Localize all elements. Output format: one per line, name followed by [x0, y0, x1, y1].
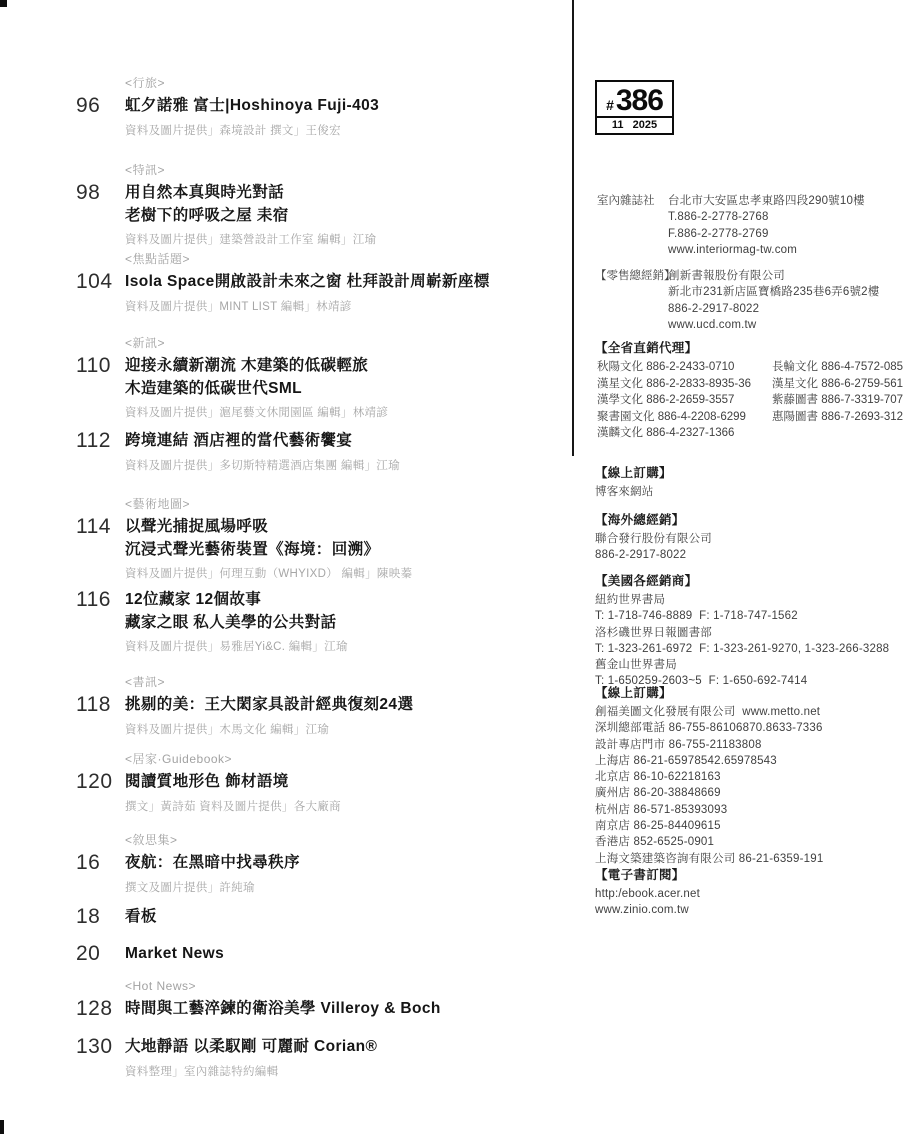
scan-artifact-top-left: [0, 0, 7, 7]
section-lines: 博客來網站: [595, 484, 672, 500]
text-line: T: 1-718-746-8889 F: 1-718-747-1562: [595, 608, 889, 624]
toc-entry-130: 130 大地靜語 以柔馭剛 可麗耐 Corian® 資料整理」室內雜誌特約編輯: [76, 1036, 571, 1079]
toc-entry-104: <焦點話題> 104 Isola Space開啟設計未來之窗 杜拜設計周嶄新座標…: [76, 252, 571, 314]
article-credit: 撰文及圖片提供」許純瑜: [125, 881, 571, 895]
publisher-label: 室內雜誌社: [597, 193, 655, 209]
article-credit: 資料及圖片提供」建築營設計工作室 編輯」江瑜: [125, 233, 571, 247]
category-tag: <Hot News>: [125, 979, 571, 993]
page-number: 120: [76, 771, 125, 814]
text-line: 紐約世界書局: [595, 592, 889, 608]
article-title: 看板: [125, 906, 571, 929]
text-line: F.886-2-2778-2769: [668, 226, 865, 242]
page-number: 98: [76, 182, 125, 247]
toc-entry-128: <Hot News> 128 時間與工藝淬鍊的衛浴美學 Villeroy & B…: [76, 979, 571, 1021]
category-tag: <藝術地圖>: [125, 497, 571, 511]
text-line: T.886-2-2778-2768: [668, 209, 865, 225]
text-line: 上海文築建築咨詢有限公司 86-21-6359-191: [595, 851, 823, 867]
text-line: 老樹下的呼吸之屋 耒宿: [125, 205, 571, 228]
text-line: 杭州店 86-571-85393093: [595, 802, 823, 818]
section-heading: 【電子書訂閱】: [595, 868, 700, 883]
article-title: 跨境連結 酒店裡的當代藝術饗宴: [125, 430, 571, 453]
issue-badge: # 386 11 2025: [595, 80, 674, 135]
text-line: http:/ebook.acer.net: [595, 886, 700, 902]
article-credit: 資料及圖片提供」多切斯特精選酒店集團 編輯」江瑜: [125, 459, 571, 473]
page-number: 96: [76, 95, 125, 138]
article-title: Isola Space開啟設計未來之窗 杜拜設計周嶄新座標: [125, 271, 571, 294]
category-tag: <行旅>: [125, 76, 571, 90]
text-line: T: 1-323-261-6972 F: 1-323-261-9270, 1-3…: [595, 641, 889, 657]
article-credit: 資料及圖片提供」滬尾藝文休閒園區 編輯」林靖諺: [125, 406, 571, 420]
page-number: 110: [76, 355, 125, 420]
text-line: 用自然本真與時光對話: [125, 182, 571, 205]
text-line: www.interiormag-tw.com: [668, 242, 865, 258]
article-credit: 資料及圖片提供」木馬文化 編輯」江瑜: [125, 723, 571, 737]
text-line: 大地靜語 以柔馭剛 可麗耐 Corian®: [125, 1036, 571, 1059]
section-lines: 創福美圖文化發展有限公司 www.metto.net深圳總部電話 86-755-…: [595, 704, 823, 867]
direct-agents-section: 【全省直銷代理】: [595, 341, 697, 359]
text-line: 廣州店 86-20-38848669: [595, 785, 823, 801]
toc-entry-120: <居家·Guidebook> 120 閱讀質地形色 飾材語境 撰文」黃詩茹 資料…: [76, 752, 571, 814]
section-heading: 【全省直銷代理】: [595, 341, 697, 356]
article-credit: 資料及圖片提供」何理互動（WHYIXD） 編輯」陳映蓁: [125, 567, 571, 581]
text-line: 時間與工藝淬鍊的衛浴美學 Villeroy & Boch: [125, 998, 571, 1021]
section-lines: 聯合發行股份有限公司886-2-2917-8022: [595, 531, 712, 564]
text-line: 夜航：在黑暗中找尋秩序: [125, 852, 571, 875]
toc-entry-118: <書訊> 118 挑剔的美：王大閎家具設計經典復刻24選 資料及圖片提供」木馬文…: [76, 675, 571, 737]
toc-entry-18: 18 看板: [76, 906, 571, 929]
text-line: 博客來網站: [595, 484, 672, 500]
text-line: 漢星文化 886-2-2833-8935-36: [597, 376, 751, 393]
overseas-distributor-section: 【海外總經銷】 聯合發行股份有限公司886-2-2917-8022: [595, 513, 712, 564]
text-line: 長輪文化 886-4-7572-085: [772, 359, 903, 376]
text-line: 洛杉磯世界日報圖書部: [595, 625, 889, 641]
magazine-toc-page: <行旅> 96 虹夕諾雅 富士|Hoshinoya Fuji-403 資料及圖片…: [0, 0, 906, 1142]
section-heading: 【海外總經銷】: [595, 513, 712, 528]
toc-entry-116: 116 12位藏家 12個故事藏家之眼 私人美學的公共對話 資料及圖片提供」易雅…: [76, 589, 571, 654]
category-tag: <居家·Guidebook>: [125, 752, 571, 766]
toc-entry-110: <新訊> 110 迎接永續新潮流 木建築的低碳輕旅木造建築的低碳世代SML 資料…: [76, 336, 571, 420]
direct-agents-left-column: 秋陽文化 886-2-2433-0710漢星文化 886-2-2833-8935…: [597, 359, 751, 442]
category-tag: <特訊>: [125, 163, 571, 177]
section-heading: 【線上訂購】: [595, 686, 823, 701]
text-line: 聚書園文化 886-4-2208-6299: [597, 409, 751, 426]
text-line: 漢星文化 886-6-2759-561: [772, 376, 903, 393]
page-number: 128: [76, 998, 125, 1021]
article-credit: 資料及圖片提供」易雅居Yi&C. 編輯」江瑜: [125, 640, 571, 654]
text-line: 閱讀質地形色 飾材語境: [125, 771, 571, 794]
publisher-info: 台北市大安區忠孝東路四段290號10樓T.886-2-2778-2768F.88…: [668, 193, 865, 258]
text-line: 以聲光捕捉風場呼吸: [125, 516, 571, 539]
text-line: 惠陽圖書 886-7-2693-312: [772, 409, 903, 426]
text-line: 聯合發行股份有限公司: [595, 531, 712, 547]
page-number: 20: [76, 943, 125, 966]
page-number: 118: [76, 694, 125, 737]
toc-entry-20: 20 Market News: [76, 943, 571, 966]
article-title: 12位藏家 12個故事藏家之眼 私人美學的公共對話: [125, 589, 571, 634]
text-line: 設計專店門市 86-755-21183808: [595, 737, 823, 753]
category-tag: <焦點話題>: [125, 252, 571, 266]
vertical-divider: [572, 0, 574, 456]
text-line: www.zinio.com.tw: [595, 902, 700, 918]
text-line: 漢麟文化 886-4-2327-1366: [597, 425, 751, 442]
issue-hash-symbol: #: [606, 98, 614, 112]
text-line: 木造建築的低碳世代SML: [125, 378, 571, 401]
article-title: 用自然本真與時光對話老樹下的呼吸之屋 耒宿: [125, 182, 571, 227]
page-number: 130: [76, 1036, 125, 1079]
online-order-section-2: 【線上訂購】 創福美圖文化發展有限公司 www.metto.net深圳總部電話 …: [595, 686, 823, 867]
toc-entry-98: <特訊> 98 用自然本真與時光對話老樹下的呼吸之屋 耒宿 資料及圖片提供」建築…: [76, 163, 571, 247]
text-line: 舊金山世界書局: [595, 657, 889, 673]
article-title: Market News: [125, 943, 571, 966]
text-line: 北京店 86-10-62218163: [595, 769, 823, 785]
text-line: 886-2-2917-8022: [595, 547, 712, 563]
text-line: 藏家之眼 私人美學的公共對話: [125, 612, 571, 635]
text-line: 上海店 86-21-65978542.65978543: [595, 753, 823, 769]
retail-distributor-label: 【零售總經銷】: [595, 268, 676, 284]
toc-entry-96: <行旅> 96 虹夕諾雅 富士|Hoshinoya Fuji-403 資料及圖片…: [76, 76, 571, 138]
issue-date: 11 2025: [597, 116, 672, 133]
text-line: 秋陽文化 886-2-2433-0710: [597, 359, 751, 376]
issue-number: 386: [616, 87, 663, 115]
article-title: 迎接永續新潮流 木建築的低碳輕旅木造建築的低碳世代SML: [125, 355, 571, 400]
article-title: 閱讀質地形色 飾材語境: [125, 771, 571, 794]
section-heading: 【美國各經銷商】: [595, 574, 889, 589]
text-line: 新北市231新店區寶橋路235巷6弄6號2樓: [668, 284, 879, 300]
text-line: www.ucd.com.tw: [668, 317, 879, 333]
text-line: 南京店 86-25-84409615: [595, 818, 823, 834]
page-number: 18: [76, 906, 125, 929]
text-line: 漢學文化 886-2-2659-3557: [597, 392, 751, 409]
scan-artifact-bottom-left: [0, 1120, 4, 1134]
text-line: 沉浸式聲光藝術裝置《海境：回溯》: [125, 539, 571, 562]
page-number: 16: [76, 852, 125, 895]
section-lines: 紐約世界書局T: 1-718-746-8889 F: 1-718-747-156…: [595, 592, 889, 690]
direct-agents-right-column: 長輪文化 886-4-7572-085漢星文化 886-6-2759-561紫藤…: [772, 359, 903, 425]
section-lines: http:/ebook.acer.netwww.zinio.com.tw: [595, 886, 700, 919]
page-number: 114: [76, 516, 125, 581]
text-line: 台北市大安區忠孝東路四段290號10樓: [668, 193, 865, 209]
text-line: 跨境連結 酒店裡的當代藝術饗宴: [125, 430, 571, 453]
category-tag: <書訊>: [125, 675, 571, 689]
toc-entry-16: <敘思集> 16 夜航：在黑暗中找尋秩序 撰文及圖片提供」許純瑜: [76, 833, 571, 895]
text-line: 創福美圖文化發展有限公司 www.metto.net: [595, 704, 823, 720]
text-line: 看板: [125, 906, 571, 929]
text-line: 迎接永續新潮流 木建築的低碳輕旅: [125, 355, 571, 378]
text-line: 886-2-2917-8022: [668, 301, 879, 317]
article-credit: 撰文」黃詩茹 資料及圖片提供」各大廠商: [125, 800, 571, 814]
page-number: 104: [76, 271, 125, 314]
online-order-section-1: 【線上訂購】 博客來網站: [595, 466, 672, 500]
category-tag: <新訊>: [125, 336, 571, 350]
text-line: 紫藤圖書 886-7-3319-707: [772, 392, 903, 409]
article-title: 挑剔的美：王大閎家具設計經典復刻24選: [125, 694, 571, 717]
text-line: 創新書報股份有限公司: [668, 268, 879, 284]
text-line: Market News: [125, 943, 571, 966]
article-credit: 資料整理」室內雜誌特約編輯: [125, 1065, 571, 1079]
page-number: 112: [76, 430, 125, 473]
toc-entry-112: 112 跨境連結 酒店裡的當代藝術饗宴 資料及圖片提供」多切斯特精選酒店集團 編…: [76, 430, 571, 473]
article-credit: 資料及圖片提供」MINT LIST 編輯」林靖諺: [125, 300, 571, 314]
article-title: 時間與工藝淬鍊的衛浴美學 Villeroy & Boch: [125, 998, 571, 1021]
section-heading: 【線上訂購】: [595, 466, 672, 481]
text-line: Isola Space開啟設計未來之窗 杜拜設計周嶄新座標: [125, 271, 571, 294]
text-line: 深圳總部電話 86-755-86106870.8633-7336: [595, 720, 823, 736]
text-line: 12位藏家 12個故事: [125, 589, 571, 612]
article-title: 虹夕諾雅 富士|Hoshinoya Fuji-403: [125, 95, 571, 118]
article-title: 以聲光捕捉風場呼吸沉浸式聲光藝術裝置《海境：回溯》: [125, 516, 571, 561]
page-number: 116: [76, 589, 125, 654]
article-title: 夜航：在黑暗中找尋秩序: [125, 852, 571, 875]
text-line: 香港店 852-6525-0901: [595, 834, 823, 850]
retail-distributor-info: 創新書報股份有限公司新北市231新店區寶橋路235巷6弄6號2樓886-2-29…: [668, 268, 879, 333]
ebook-subscription-section: 【電子書訂閱】 http:/ebook.acer.netwww.zinio.co…: [595, 868, 700, 919]
toc-entry-114: <藝術地圖> 114 以聲光捕捉風場呼吸沉浸式聲光藝術裝置《海境：回溯》 資料及…: [76, 497, 571, 581]
text-line: 挑剔的美：王大閎家具設計經典復刻24選: [125, 694, 571, 717]
category-tag: <敘思集>: [125, 833, 571, 847]
article-credit: 資料及圖片提供」森境設計 撰文」王俊宏: [125, 124, 571, 138]
text-line: 虹夕諾雅 富士|Hoshinoya Fuji-403: [125, 95, 571, 118]
us-distributors-section: 【美國各經銷商】 紐約世界書局T: 1-718-746-8889 F: 1-71…: [595, 574, 889, 690]
article-title: 大地靜語 以柔馭剛 可麗耐 Corian®: [125, 1036, 571, 1059]
